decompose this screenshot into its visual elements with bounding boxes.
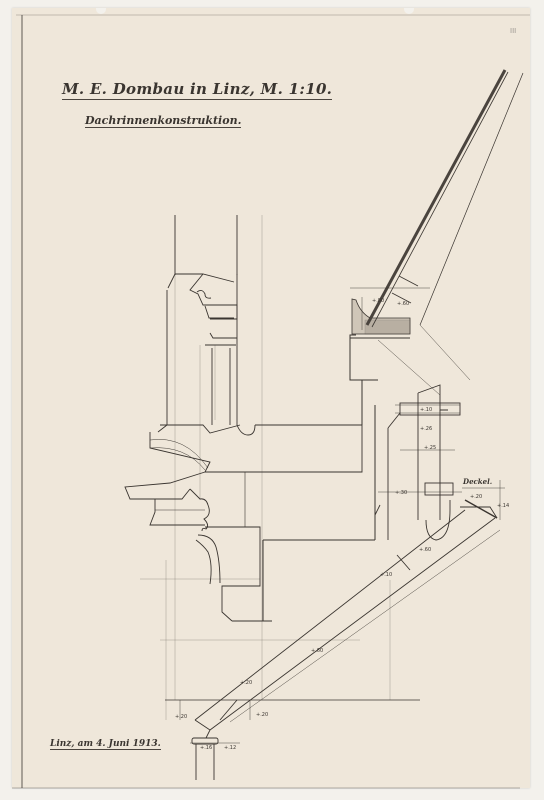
dimension-label: +.20 <box>256 712 268 718</box>
dimension-label: +.60 <box>311 648 323 654</box>
dimension-label: +.26 <box>420 426 432 432</box>
dimension-label: +.60 <box>397 301 409 307</box>
construction-lines <box>140 215 390 720</box>
cornice <box>125 425 362 621</box>
dimension-label: +.10 <box>380 572 392 578</box>
pier-section <box>158 215 237 432</box>
dimension-label: +.20 <box>175 714 187 720</box>
architectural-drawing <box>0 0 544 800</box>
drawing-title: M. E. Dombau in Linz, M. 1:10. <box>62 80 332 100</box>
drawing-subtitle: Dachrinnenkonstruktion. <box>85 114 241 128</box>
dimension-label: +.20 <box>470 494 482 500</box>
lid-label: Deckel. <box>463 477 492 486</box>
dimension-label: +.60 <box>419 547 431 553</box>
dimension-label: +.10 <box>420 407 432 413</box>
dimension-label: +.12 <box>224 745 236 751</box>
roof-slope <box>367 70 523 327</box>
dimension-label: +.20 <box>240 680 252 686</box>
drawing-date: Linz, am 4. Juni 1913. <box>50 739 161 750</box>
dimension-lines <box>180 288 505 743</box>
dimension-label: +.16 <box>200 745 212 751</box>
gutter-structure <box>232 335 378 621</box>
dimension-label: +.30 <box>395 490 407 496</box>
sheet-number: III <box>510 27 516 35</box>
dimension-label: +.25 <box>424 445 436 451</box>
downpipe <box>375 385 460 540</box>
dimension-label: +.14 <box>497 503 509 509</box>
dimension-label: +.80 <box>372 298 384 304</box>
